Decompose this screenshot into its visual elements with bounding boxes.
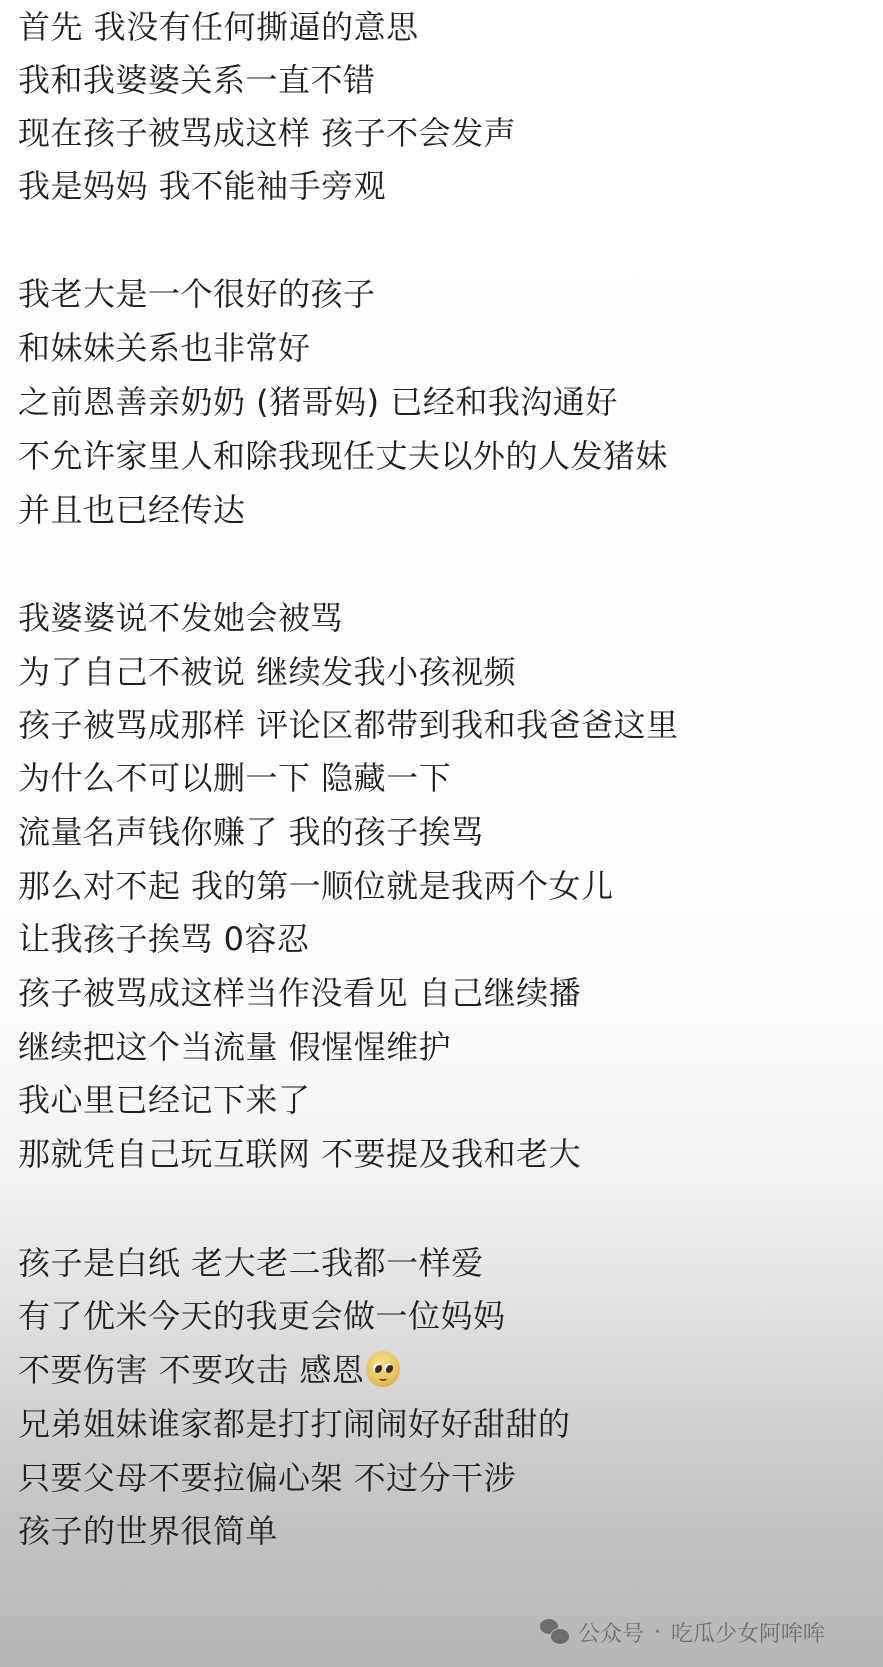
text-line: 流量名声钱你赚了 我的孩子挨骂 <box>18 805 484 859</box>
text-line: 不允许家里人和除我现任丈夫以外的人发猪妹 <box>18 429 668 483</box>
text-line: 有了优米今天的我更会做一位妈妈 <box>18 1289 506 1343</box>
text-line: 那么对不起 我的第一顺位就是我两个女儿 <box>18 859 614 913</box>
watermark-account-name: 吃瓜少女阿哞哞 <box>671 1617 825 1648</box>
watermark-separator: · <box>654 1620 661 1645</box>
text-line: 我是妈妈 我不能袖手旁观 <box>18 159 386 213</box>
text-line: 之前恩善亲奶奶 (猪哥妈) 已经和我沟通好 <box>18 375 618 429</box>
text-line: 为了自己不被说 继续发我小孩视频 <box>18 645 516 699</box>
text-line: 现在孩子被骂成这样 孩子不会发声 <box>18 106 516 160</box>
text-line: 孩子是白纸 老大老二我都一样爱 <box>18 1236 484 1290</box>
text-line: 并且也已经传达 <box>18 483 246 537</box>
text-line: 我和我婆婆关系一直不错 <box>18 53 376 107</box>
text-line: 孩子的世界很简单 <box>18 1504 278 1558</box>
text-line: 孩子被骂成那样 评论区都带到我和我爸爸这里 <box>18 698 679 752</box>
text-line: 我老大是一个很好的孩子 <box>18 267 376 321</box>
wechat-official-account-watermark: 公众号 · 吃瓜少女阿哞哞 <box>540 1615 825 1649</box>
watermark-label: 公众号 <box>578 1617 644 1648</box>
text-line: 孩子被骂成这样当作没看见 自己继续播 <box>18 966 581 1020</box>
text-line: 只要父母不要拉偏心架 不过分干涉 <box>18 1451 516 1505</box>
text-line: 那就凭自己玩互联网 不要提及我和老大 <box>18 1127 581 1181</box>
text-line: 和妹妹关系也非常好 <box>18 321 311 375</box>
text-line: 继续把这个当流量 假惺惺维护 <box>18 1020 451 1074</box>
text-line: 首先 我没有任何撕逼的意思 <box>18 0 419 54</box>
text-line: 让我孩子挨骂 0容忍 <box>18 912 310 966</box>
wechat-icon <box>540 1619 570 1645</box>
text-line: 我婆婆说不发她会被骂 <box>18 591 343 645</box>
text-line-with-emoji: 不要伤害 不要攻击 感恩 <box>18 1343 400 1397</box>
text-line: 兄弟姐妹谁家都是打打闹闹好好甜甜的 <box>18 1397 571 1451</box>
text-line: 我心里已经记下来了 <box>18 1073 311 1127</box>
text-line-text: 不要伤害 不要攻击 感恩 <box>18 1351 364 1389</box>
pleading-face-emoji-icon <box>366 1351 400 1387</box>
text-line: 为什么不可以删一下 隐藏一下 <box>18 751 451 805</box>
